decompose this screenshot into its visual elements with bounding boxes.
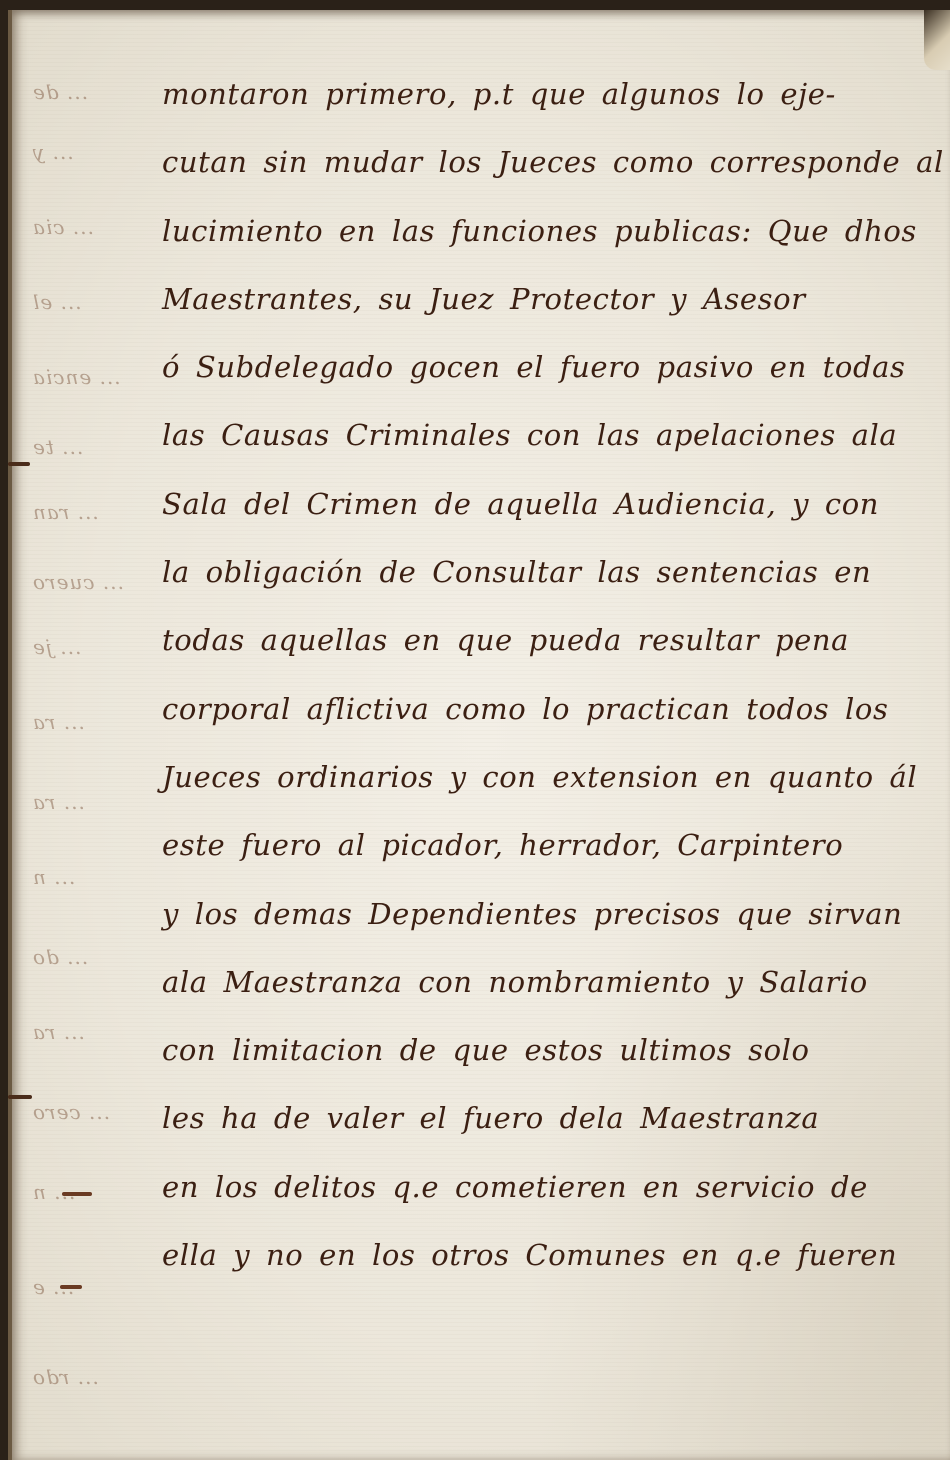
margin-note: ... cia	[32, 215, 152, 239]
margin-note: ... n	[32, 1180, 152, 1204]
ink-mark	[62, 1192, 92, 1196]
margin-note: ... ra	[32, 1020, 152, 1044]
text-line: y los demas Dependientes precisos que si…	[162, 886, 922, 954]
text-line: cutan sin mudar los Jueces como correspo…	[162, 134, 922, 202]
margin-note: ... cuero	[32, 570, 152, 594]
text-line: este fuero al picador, herrador, Carpint…	[162, 817, 922, 885]
margin-note: ... rdo	[32, 1365, 152, 1389]
margin-note: ... e	[32, 1275, 152, 1299]
ink-mark	[60, 1285, 82, 1289]
margin-note: ... cero	[32, 1100, 152, 1124]
left-margin-bleed-through: ... de ... y ... cia ... el ... encia ..…	[32, 10, 152, 1460]
text-line: montaron primero, p.t que algunos lo eje…	[162, 66, 922, 134]
text-line: ó Subdelegado gocen el fuero pasivo en t…	[162, 339, 922, 407]
text-line: Maestrantes, su Juez Protector y Asesor	[162, 271, 922, 339]
text-line: les ha de valer el fuero dela Maestranza	[162, 1090, 922, 1158]
margin-note: ... n	[32, 865, 152, 889]
margin-note: ... de	[32, 80, 152, 104]
margin-note: ... te	[32, 435, 152, 459]
margin-note: ... encia	[32, 365, 152, 389]
margin-note: ... je	[32, 635, 152, 659]
folded-corner	[924, 10, 950, 70]
text-line: ala Maestranza con nombramiento y Salari…	[162, 954, 922, 1022]
margin-note: ... do	[32, 945, 152, 969]
text-line: la obligación de Consultar las sentencia…	[162, 544, 922, 612]
margin-note: ... el	[32, 290, 152, 314]
text-line: Jueces ordinarios y con extension en qua…	[162, 749, 922, 817]
margin-note: ... y	[32, 140, 152, 164]
text-line: ella y no en los otros Comunes en q.e fu…	[162, 1227, 922, 1295]
text-line: con limitacion de que estos ultimos solo	[162, 1022, 922, 1090]
ink-mark	[8, 1095, 32, 1099]
margin-note: ... ran	[32, 500, 152, 524]
ink-mark	[8, 462, 30, 466]
margin-note: ... ra	[32, 790, 152, 814]
text-line: en los delitos q.e cometieren en servici…	[162, 1159, 922, 1227]
text-line: lucimiento en las funciones publicas: Qu…	[162, 203, 922, 271]
text-line: las Causas Criminales con las apelacione…	[162, 407, 922, 475]
manuscript-page: ... de ... y ... cia ... el ... encia ..…	[8, 10, 950, 1460]
margin-note: ... ra	[32, 710, 152, 734]
manuscript-scan: ... de ... y ... cia ... el ... encia ..…	[0, 0, 950, 1460]
text-line: corporal aflictiva como lo practican tod…	[162, 681, 922, 749]
text-line: Sala del Crimen de aquella Audiencia, y …	[162, 476, 922, 544]
manuscript-text: montaron primero, p.t que algunos lo eje…	[162, 66, 922, 1295]
text-line: todas aquellas en que pueda resultar pen…	[162, 612, 922, 680]
